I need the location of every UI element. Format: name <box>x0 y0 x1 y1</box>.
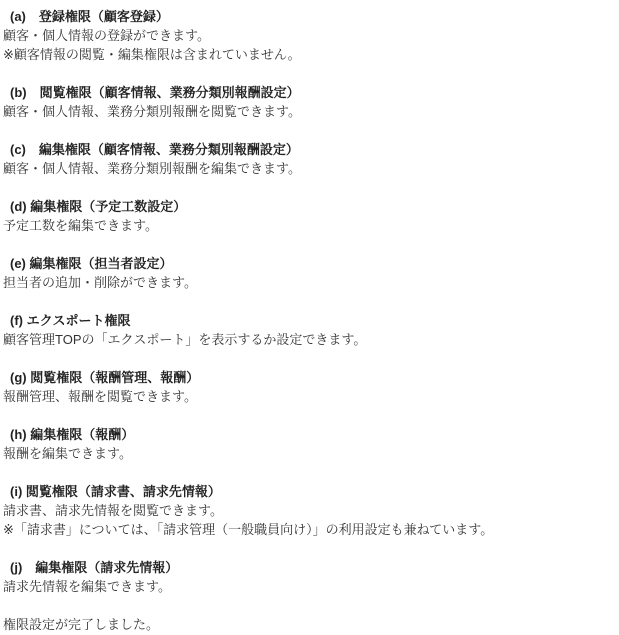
permission-description: 報酬管理、報酬を閲覧できます。 <box>3 387 609 406</box>
permission-note: ※「請求書」については、「請求管理（一般職員向け）」の利用設定も兼ねています。 <box>3 520 609 539</box>
permission-heading-j: (j) 編集権限（請求先情報） <box>3 558 609 577</box>
permission-heading-i: (i) 閲覧権限（請求書、請求先情報） <box>3 482 609 501</box>
permission-heading-g: (g) 閲覧権限（報酬管理、報酬） <box>3 368 609 387</box>
permission-section-e: (e) 編集権限（担当者設定） 担当者の追加・削除ができます。 <box>3 254 609 292</box>
permission-description: 請求書、請求先情報を閲覧できます。 <box>3 501 609 520</box>
permission-description: 報酬を編集できます。 <box>3 444 609 463</box>
permission-heading-f: (f) エクスポート権限 <box>3 311 609 330</box>
permission-section-j: (j) 編集権限（請求先情報） 請求先情報を編集できます。 <box>3 558 609 596</box>
permissions-help-content: (a) 登録権限（顧客登録） 顧客・個人情報の登録ができます。 ※顧客情報の閲覧… <box>0 0 619 634</box>
permission-section-h: (h) 編集権限（報酬） 報酬を編集できます。 <box>3 425 609 463</box>
permission-section-i: (i) 閲覧権限（請求書、請求先情報） 請求書、請求先情報を閲覧できます。 ※「… <box>3 482 609 539</box>
permission-section-d: (d) 編集権限（予定工数設定） 予定工数を編集できます。 <box>3 197 609 235</box>
permission-section-a: (a) 登録権限（顧客登録） 顧客・個人情報の登録ができます。 ※顧客情報の閲覧… <box>3 7 609 64</box>
permission-section-g: (g) 閲覧権限（報酬管理、報酬） 報酬管理、報酬を閲覧できます。 <box>3 368 609 406</box>
permission-description: 顧客管理TOPの「エクスポート」を表示するか設定できます。 <box>3 330 609 349</box>
permission-heading-d: (d) 編集権限（予定工数設定） <box>3 197 609 216</box>
permission-description: 担当者の追加・削除ができます。 <box>3 273 609 292</box>
permission-heading-c: (c) 編集権限（顧客情報、業務分類別報酬設定） <box>3 140 609 159</box>
permission-description: 請求先情報を編集できます。 <box>3 577 609 596</box>
permission-heading-h: (h) 編集権限（報酬） <box>3 425 609 444</box>
completion-message: 権限設定が完了しました。 <box>3 615 609 634</box>
permission-section-c: (c) 編集権限（顧客情報、業務分類別報酬設定） 顧客・個人情報、業務分類別報酬… <box>3 140 609 178</box>
permission-heading-b: (b) 閲覧権限（顧客情報、業務分類別報酬設定） <box>3 83 609 102</box>
permission-heading-a: (a) 登録権限（顧客登録） <box>3 7 609 26</box>
permission-section-f: (f) エクスポート権限 顧客管理TOPの「エクスポート」を表示するか設定できま… <box>3 311 609 349</box>
permission-description: 顧客・個人情報、業務分類別報酬を編集できます。 <box>3 159 609 178</box>
permission-description: 顧客・個人情報、業務分類別報酬を閲覧できます。 <box>3 102 609 121</box>
permission-note: ※顧客情報の閲覧・編集権限は含まれていません。 <box>3 45 609 64</box>
permission-description: 予定工数を編集できます。 <box>3 216 609 235</box>
permission-section-b: (b) 閲覧権限（顧客情報、業務分類別報酬設定） 顧客・個人情報、業務分類別報酬… <box>3 83 609 121</box>
permission-description: 顧客・個人情報の登録ができます。 <box>3 26 609 45</box>
permission-heading-e: (e) 編集権限（担当者設定） <box>3 254 609 273</box>
